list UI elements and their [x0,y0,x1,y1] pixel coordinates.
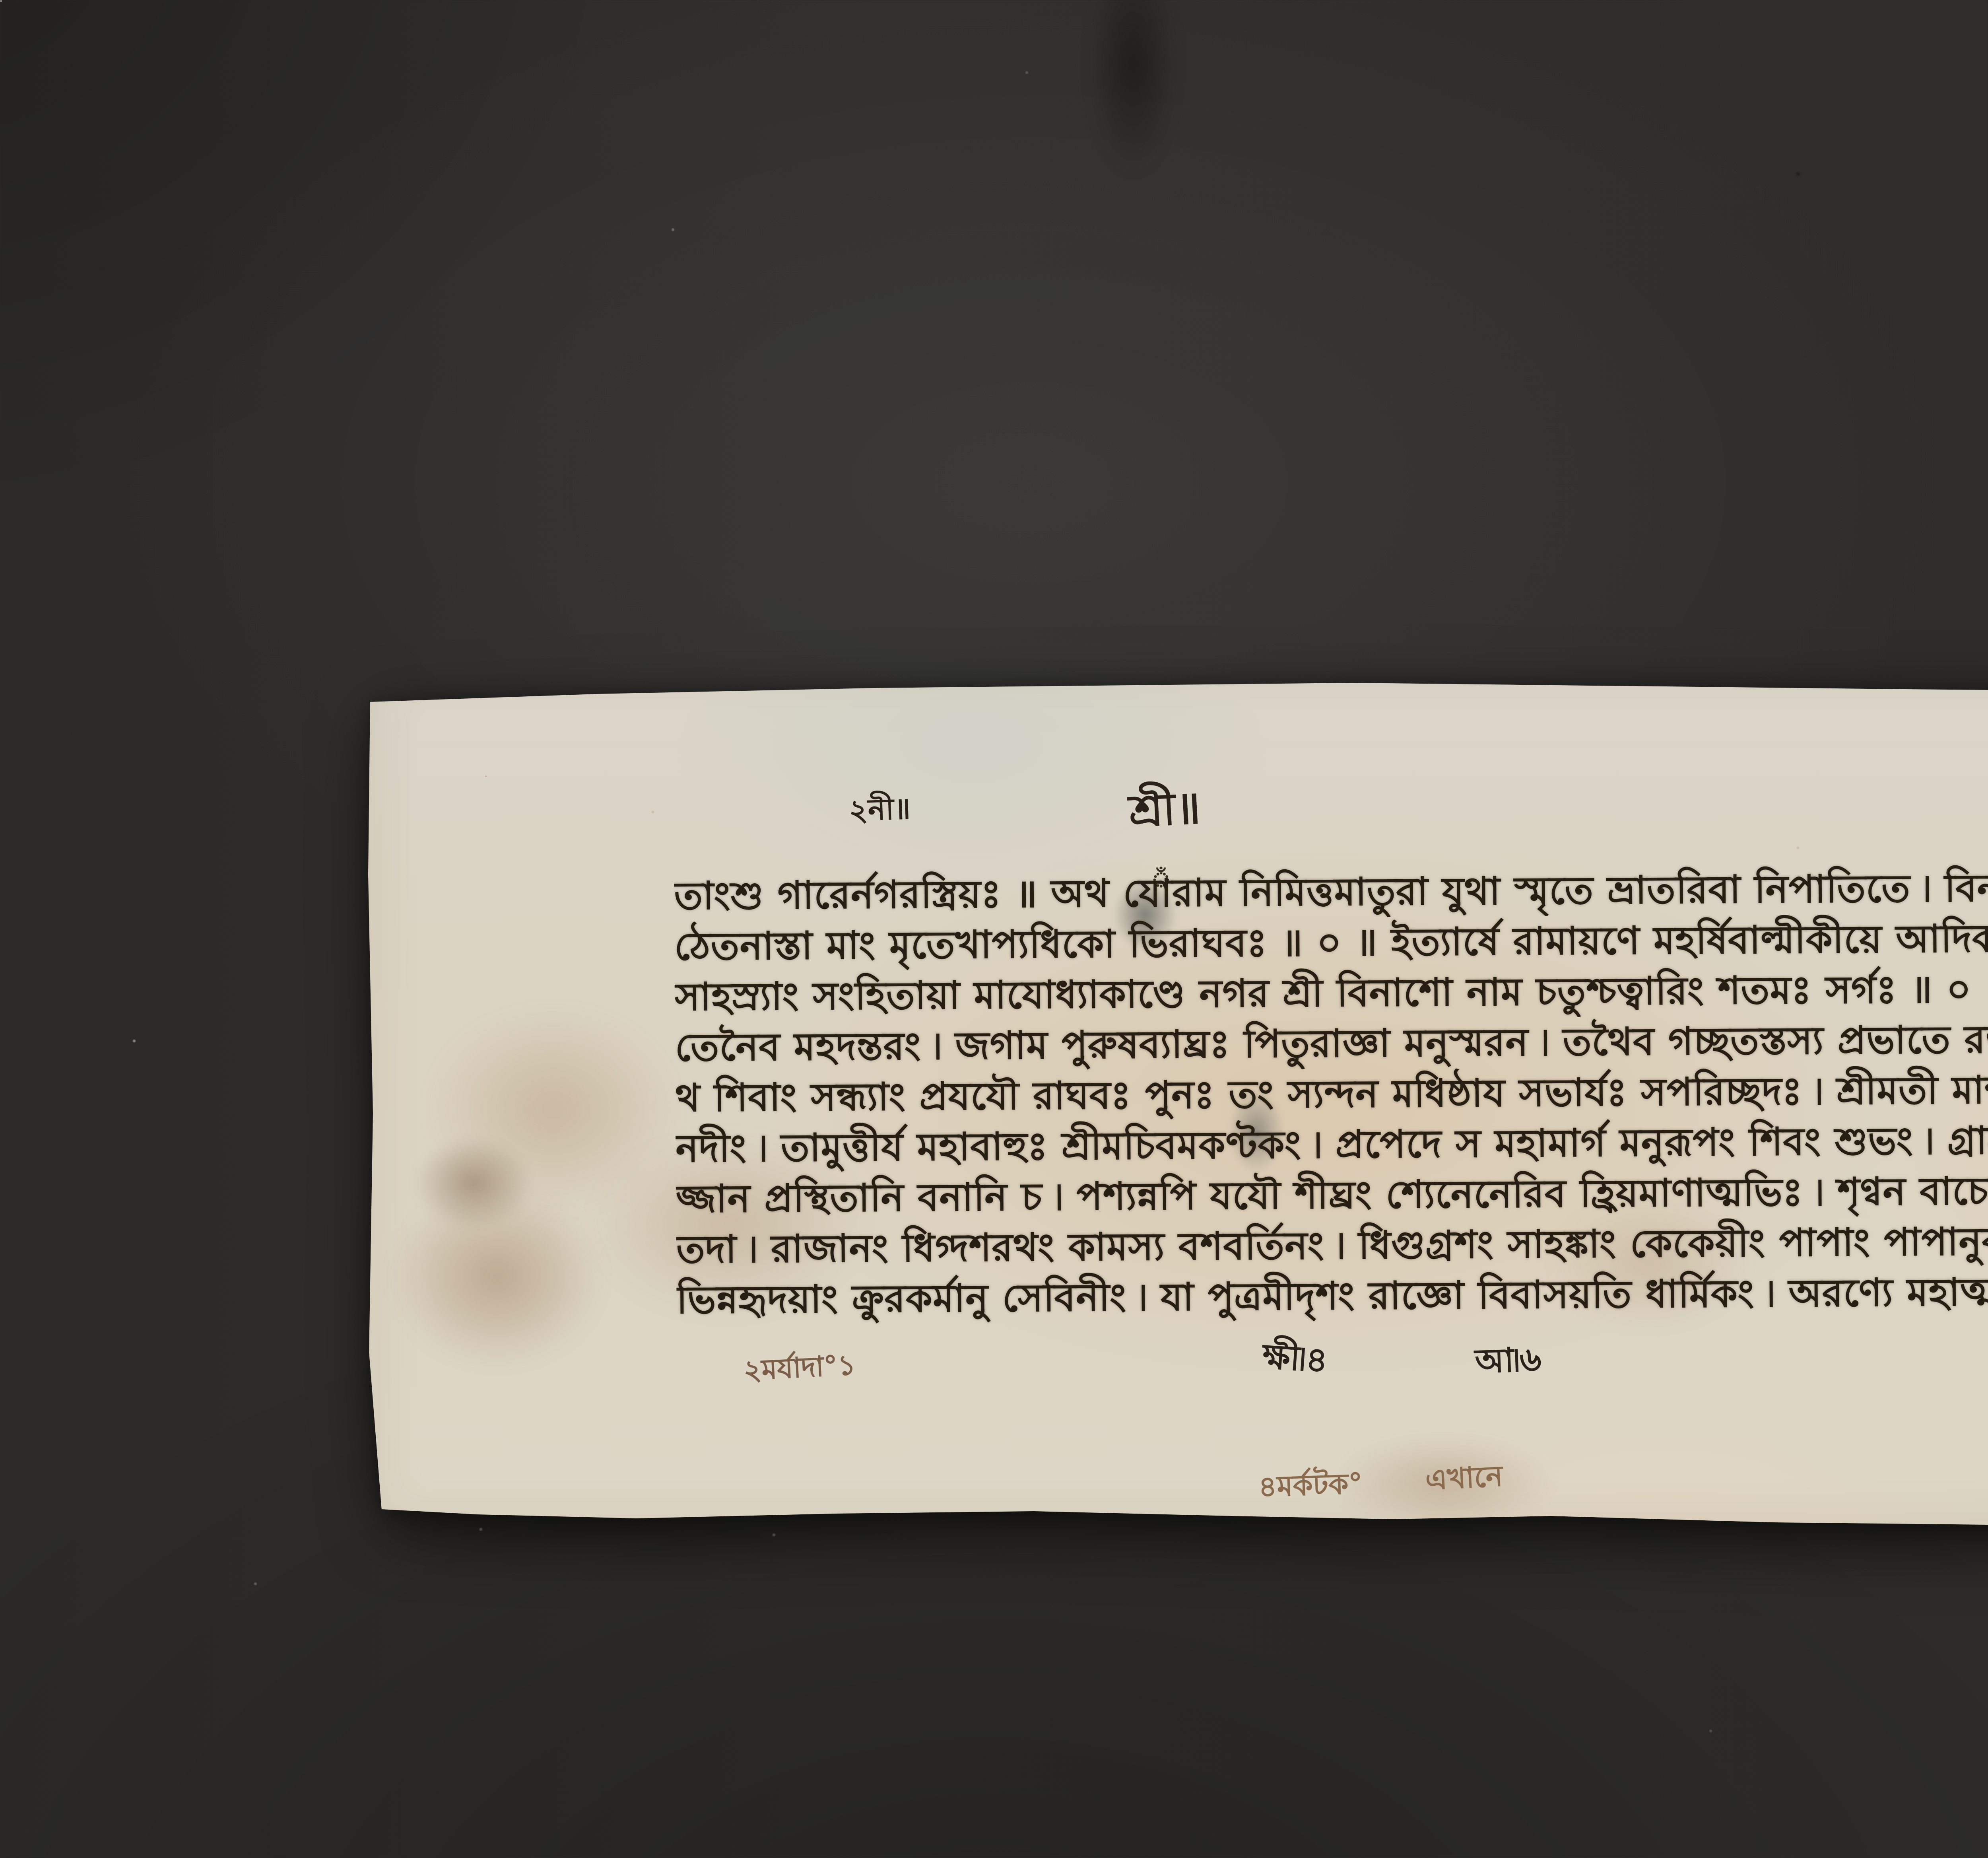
manuscript-line: নদীং ৷ তামুত্তীর্য মহাবাহুঃ শ্রীমচিবমকণ্… [676,1114,1988,1174]
manuscript-page: ২নী॥ শ্রী॥ ঁ তাংশু গারের্নগরস্ত্রিয়ঃ ॥ … [366,656,1988,1531]
manuscript-text-block: তাংশু গারের্নগরস্ত্রিয়ঃ ॥ অথ যোরাম নিমি… [674,861,1988,1325]
manuscript-line: ভিন্নহৃদয়াং ক্রুরকর্মানু সেবিনীং ৷ যা প… [676,1265,1988,1325]
manuscript-line: তদা ৷ রাজানং ধিগ্দশরথং কামস্য বশবর্তিনং … [676,1215,1988,1275]
paper-fibers [485,775,487,777]
manuscript-line: ঠেতনাস্তা মাং মৃতেখাপ্যধিকো ভিরাঘবঃ ॥ ০ … [674,912,1988,972]
manuscript-line: তেনৈব মহদন্তরং ৷ জগাম পুরুষব্যাঘ্রঃ পিতু… [675,1013,1988,1073]
manuscript-line: জ্জান প্রস্থিতানি বনানি চ ৷ পশ্যন্নপি যয… [676,1164,1988,1224]
ink-bleed-stain [414,1137,533,1229]
footer-annotation-kshi: ক্ষী৷৪ [1260,1330,1330,1391]
header-annotation-invocation: শ্রী॥ [1127,774,1202,851]
manuscript-line: থ শিবাং সন্ধ্যাং প্রযযৌ রাঘবঃ পুনঃ তং স্… [675,1063,1988,1123]
edge-annotation-markatak: ৪মর্কটক° [1258,1462,1364,1513]
ink-bleed-stain [390,1185,604,1368]
paper-shadow-wrap: ২নী॥ শ্রী॥ ঁ তাংশু গারের্নগরস্ত্রিয়ঃ ॥ … [0,0,1988,1858]
ink-bleed-stain [425,1006,680,1213]
manuscript-line: তাংশু গারের্নগরস্ত্রিয়ঃ ॥ অথ যোরাম নিমি… [674,861,1988,921]
manuscript-line: সাহস্র্যাং সংহিতায়া মাযোধ্যাকাণ্ডে নগর … [675,962,1988,1022]
header-annotation-folio-mark: ২নী॥ [848,786,912,837]
footer-annotation-maryada: ২মর্যাদা°১ [742,1343,857,1396]
footer-annotation-aa: আ৷৬ [1474,1333,1543,1392]
edge-annotation-ekhane: এখানে [1424,1454,1504,1506]
